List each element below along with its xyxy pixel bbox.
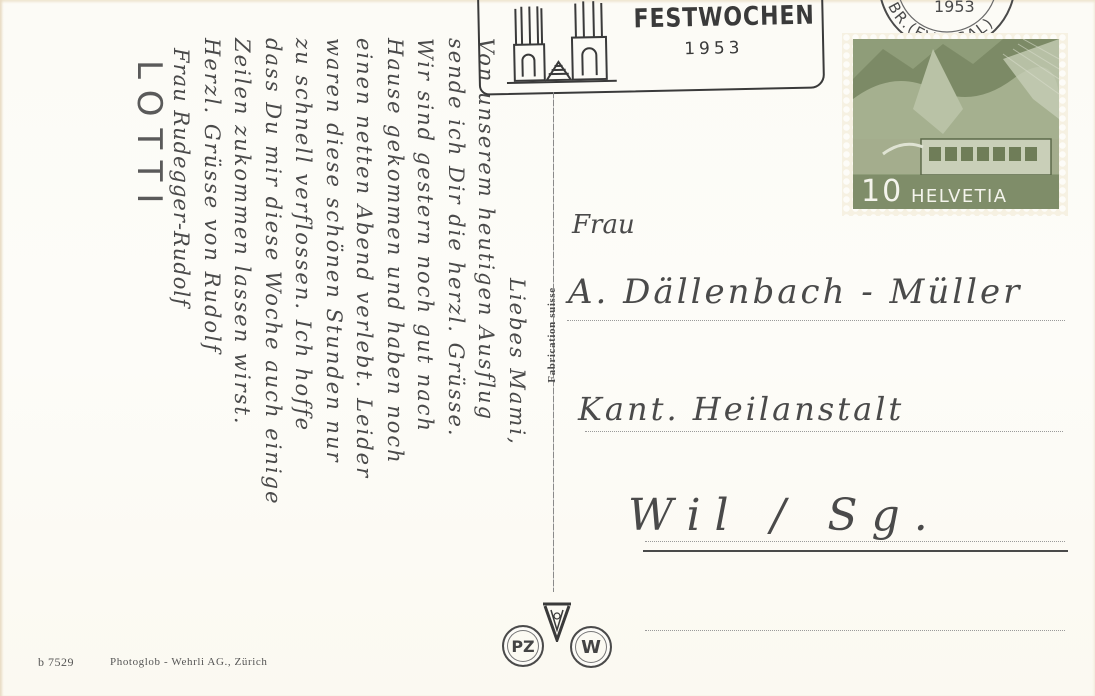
cancellation-year: 1953 <box>684 38 744 59</box>
address-name: A. Dällenbach - Müller <box>568 272 1022 312</box>
message-line: sende ich Dir die herzl. Grüsse. <box>441 38 472 688</box>
address-line-1 <box>567 320 1065 321</box>
postcard-back: Liebes Mami, Von unserem heutigen Ausflu… <box>0 0 1095 696</box>
cancellation-title: FESTWOCHEN <box>633 1 815 35</box>
cathedral-towers-icon <box>505 0 617 91</box>
message-line: Wir sind gestern noch gut nach <box>410 38 441 688</box>
address-salutation: Frau <box>572 210 635 240</box>
handwritten-message: Liebes Mami, Von unserem heutigen Ausflu… <box>12 8 532 688</box>
w-logo-text: W <box>581 637 601 658</box>
message-line: Zeilen zukommen lassen wirst. <box>227 38 258 688</box>
message-line: Von unserem heutigen Ausflug <box>471 38 502 688</box>
message-line: einen netten Abend verlebt. Leider <box>349 38 380 688</box>
postmark-year: 1953 <box>934 0 975 16</box>
message-line: dass Du mir diese Woche auch einige <box>258 38 289 688</box>
message-line: Herzl. Grüsse von Rudolf <box>197 38 228 688</box>
message-line: Hause gekommen und haben noch <box>380 38 411 688</box>
festwochen-cancellation: FESTWOCHEN 1953 <box>477 0 825 96</box>
address-city: Wil / Sg. <box>628 490 942 541</box>
address-institution: Kant. Heilanstalt <box>578 390 904 428</box>
city-underline <box>643 550 1068 552</box>
address-line-3 <box>645 541 1065 542</box>
address-line-4 <box>645 630 1065 631</box>
stamp-value: 10 <box>861 177 903 207</box>
v-emblem-icon <box>541 600 573 642</box>
pz-logo-text: PZ <box>511 637 534 656</box>
stamp-country: HELVETIA <box>911 187 1007 207</box>
message-line: waren diese schönen Stunden nur <box>319 38 350 688</box>
message-greeting: Liebes Mami, <box>502 38 533 688</box>
message-initials: LOTTI <box>134 38 165 688</box>
pz-logo-icon: PZ <box>502 625 544 667</box>
fabrication-label: Fabrication suisse <box>546 287 558 382</box>
w-logo-icon: W <box>570 626 612 668</box>
postage-stamp: 10 HELVETIA <box>842 33 1068 216</box>
address-line-2 <box>585 431 1063 432</box>
card-code: b 7529 <box>38 655 74 670</box>
message-line: zu schnell verflossen. Ich hoffe <box>288 38 319 688</box>
message-signoff: Frau Rudegger-Rudolf <box>166 38 197 688</box>
publisher-imprint: Photoglob - Wehrli AG., Zürich <box>110 656 267 668</box>
